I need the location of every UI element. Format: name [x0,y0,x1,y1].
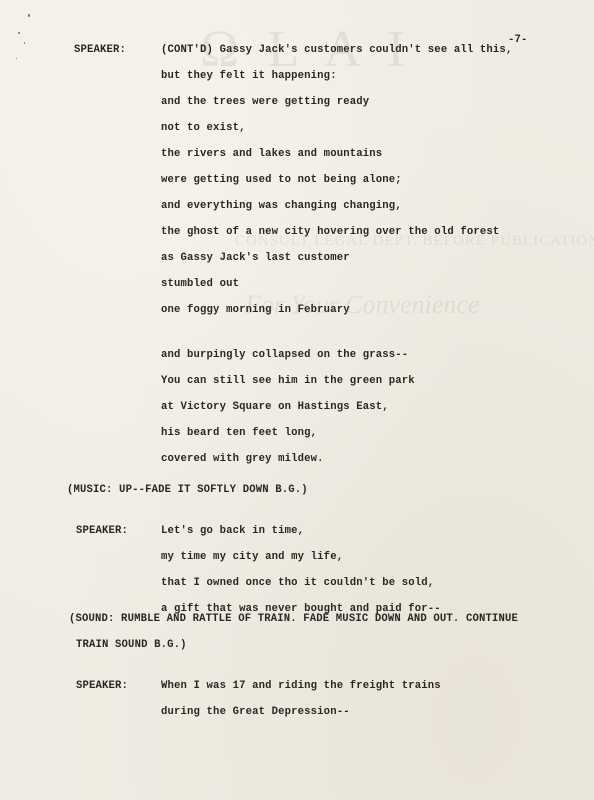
script-line: the ghost of a new city hovering over th… [161,226,499,238]
script-line: Let's go back in time, [161,525,304,537]
paper-specks [14,12,44,62]
sound-direction-line: TRAIN SOUND B.G.) [76,639,187,651]
script-line: one foggy morning in February [161,304,350,316]
script-line: but they felt it happening: [161,70,337,82]
script-line: and the trees were getting ready [161,96,369,108]
script-line: not to exist, [161,122,246,134]
speck [28,14,30,17]
script-line: (CONT'D) Gassy Jack's customers couldn't… [161,44,512,56]
script-line: You can still see him in the green park [161,375,415,387]
script-line: my time my city and my life, [161,551,343,563]
script-line: that I owned once tho it couldn't be sol… [161,577,434,589]
script-line: during the Great Depression-- [161,706,350,718]
sound-direction-line: (SOUND: RUMBLE AND RATTLE OF TRAIN. FADE… [69,613,518,625]
script-line: When I was 17 and riding the freight tra… [161,680,441,692]
speaker-label: SPEAKER: [76,680,128,692]
script-line: the rivers and lakes and mountains [161,148,382,160]
script-line: covered with grey mildew. [161,453,324,465]
speaker-label: SPEAKER: [74,44,126,56]
paper-page: Ω L A I CONSULT LEGAL DEPT. BEFORE PUBLI… [0,0,594,800]
script-line: at Victory Square on Hastings East, [161,401,389,413]
speck [16,58,17,59]
script-line: and burpingly collapsed on the grass-- [161,349,408,361]
speck [18,32,20,34]
speaker-label: SPEAKER: [76,525,128,537]
script-line: were getting used to not being alone; [161,174,402,186]
script-line: stumbled out [161,278,239,290]
script-line: and everything was changing changing, [161,200,402,212]
script-line: as Gassy Jack's last customer [161,252,350,264]
speck [24,42,25,44]
script-line: his beard ten feet long, [161,427,317,439]
music-direction: (MUSIC: UP--FADE IT SOFTLY DOWN B.G.) [67,484,308,496]
